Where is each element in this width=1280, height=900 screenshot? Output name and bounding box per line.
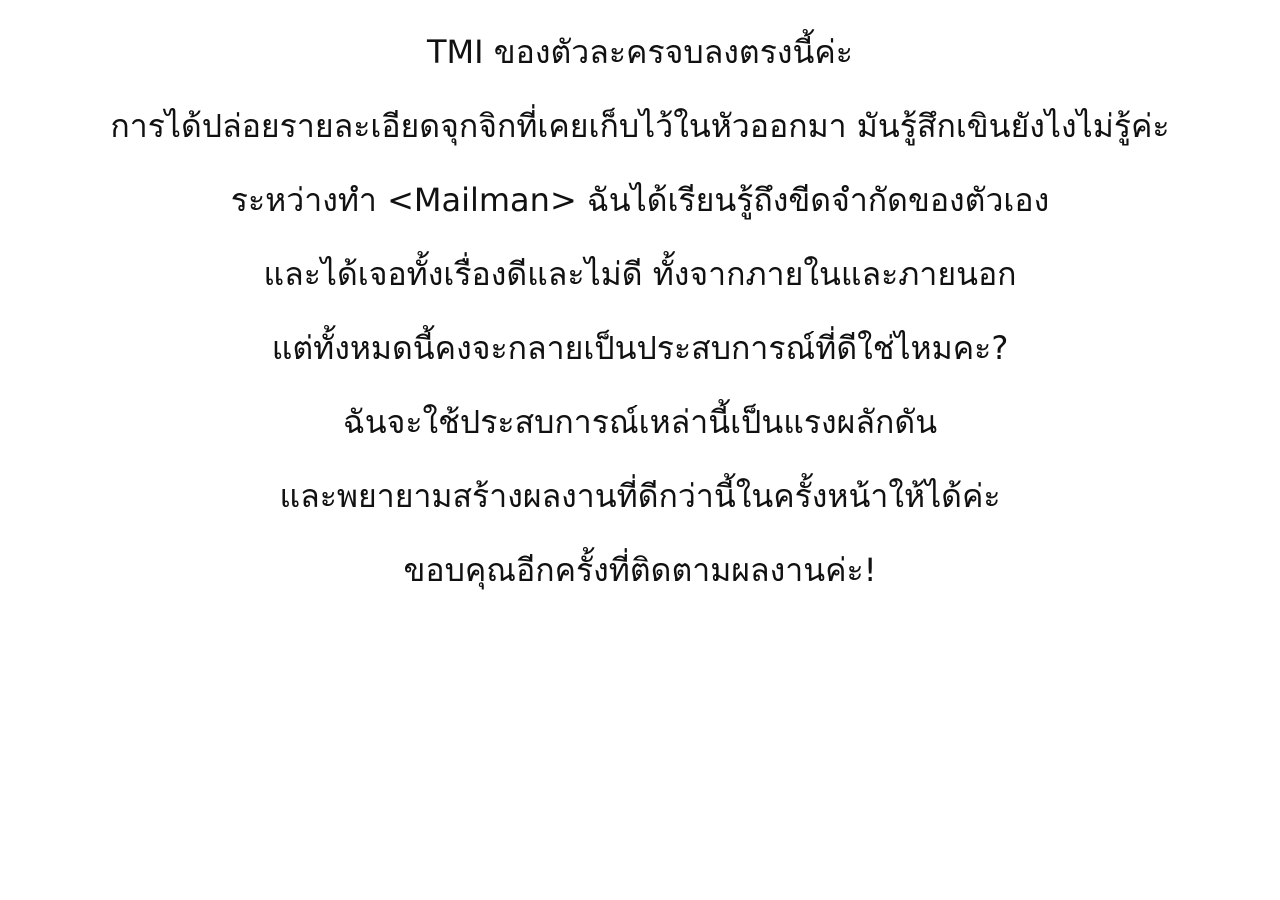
note-closing-line: ขอบคุณอีกครั้งที่ติดตามผลงานค่ะ! — [0, 533, 1280, 607]
note-line: ฉันจะใช้ประสบการณ์เหล่านี้เป็นแรงผลักดัน — [0, 385, 1280, 459]
note-line: ระหว่างทำ <Mailman> ฉันได้เรียนรู้ถึงขีด… — [0, 163, 1280, 237]
note-line: แต่ทั้งหมดนี้คงจะกลายเป็นประสบการณ์ที่ดี… — [0, 311, 1280, 385]
note-line: และพยายามสร้างผลงานที่ดีกว่านี้ในครั้งหน… — [0, 459, 1280, 533]
note-title-line: TMI ของตัวละครจบลงตรงนี้ค่ะ — [0, 15, 1280, 89]
note-line: และได้เจอทั้งเรื่องดีและไม่ดี ทั้งจากภาย… — [0, 237, 1280, 311]
note-line: การได้ปล่อยรายละเอียดจุกจิกที่เคยเก็บไว้… — [0, 89, 1280, 163]
author-note: TMI ของตัวละครจบลงตรงนี้ค่ะ การได้ปล่อยร… — [0, 15, 1280, 607]
